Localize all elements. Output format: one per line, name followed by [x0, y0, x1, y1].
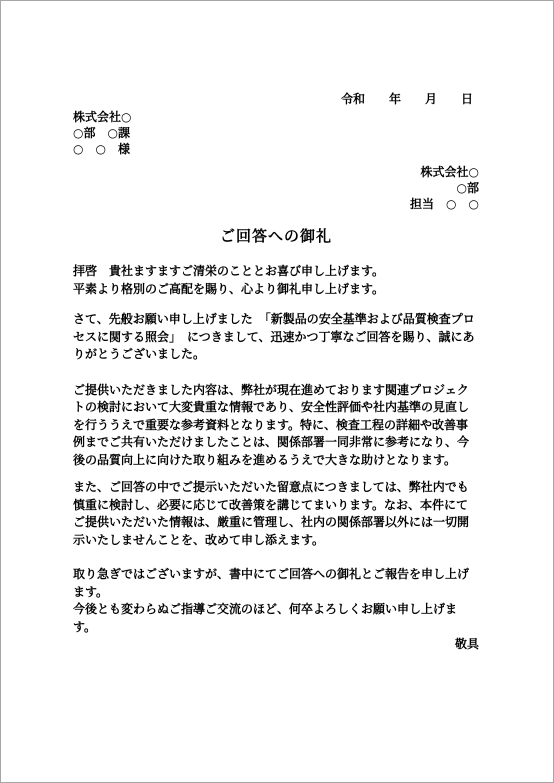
sender-block: 株式会社○ ○部 担当 ○ ○ — [73, 164, 479, 212]
date-line: 令和 年 月 日 — [73, 91, 479, 107]
recipient-name: ○ ○ 様 — [73, 141, 479, 157]
greeting-paragraph: 拝啓 貴社ますますご清栄のこととお喜び申し上げます。 平素より格別のご高配を賜り… — [73, 263, 479, 298]
recipient-department: ○部 ○課 — [73, 125, 479, 141]
closing-paragraph: 取り急ぎではございますが、書中にてご回答への御礼とご報告を申し上げます。 今後と… — [73, 566, 479, 636]
sender-company: 株式会社○ — [73, 164, 479, 180]
sender-department: ○部 — [73, 180, 479, 196]
value-of-information-paragraph: ご提供いただきました内容は、弊社が現在進めております関連プロジェクトの検討におい… — [73, 382, 479, 470]
recipient-block: 株式会社○ ○部 ○課 ○ ○ 様 — [73, 109, 479, 157]
thanks-for-response-paragraph: さて、先般お願い申し上げました 「新製品の安全基準および品質検査プロセスに関する… — [73, 311, 479, 364]
letter-title: ご回答への御礼 — [73, 226, 479, 246]
closing-word: 敬具 — [73, 636, 479, 654]
confidentiality-paragraph: また、ご回答の中でご提示いただいた留意点につきましては、弊社内でも慎重に検討し、… — [73, 479, 479, 549]
sender-contact: 担当 ○ ○ — [73, 196, 479, 212]
recipient-company: 株式会社○ — [73, 109, 479, 125]
letter-page: 令和 年 月 日 株式会社○ ○部 ○課 ○ ○ 様 株式会社○ ○部 担当 ○… — [0, 0, 554, 783]
